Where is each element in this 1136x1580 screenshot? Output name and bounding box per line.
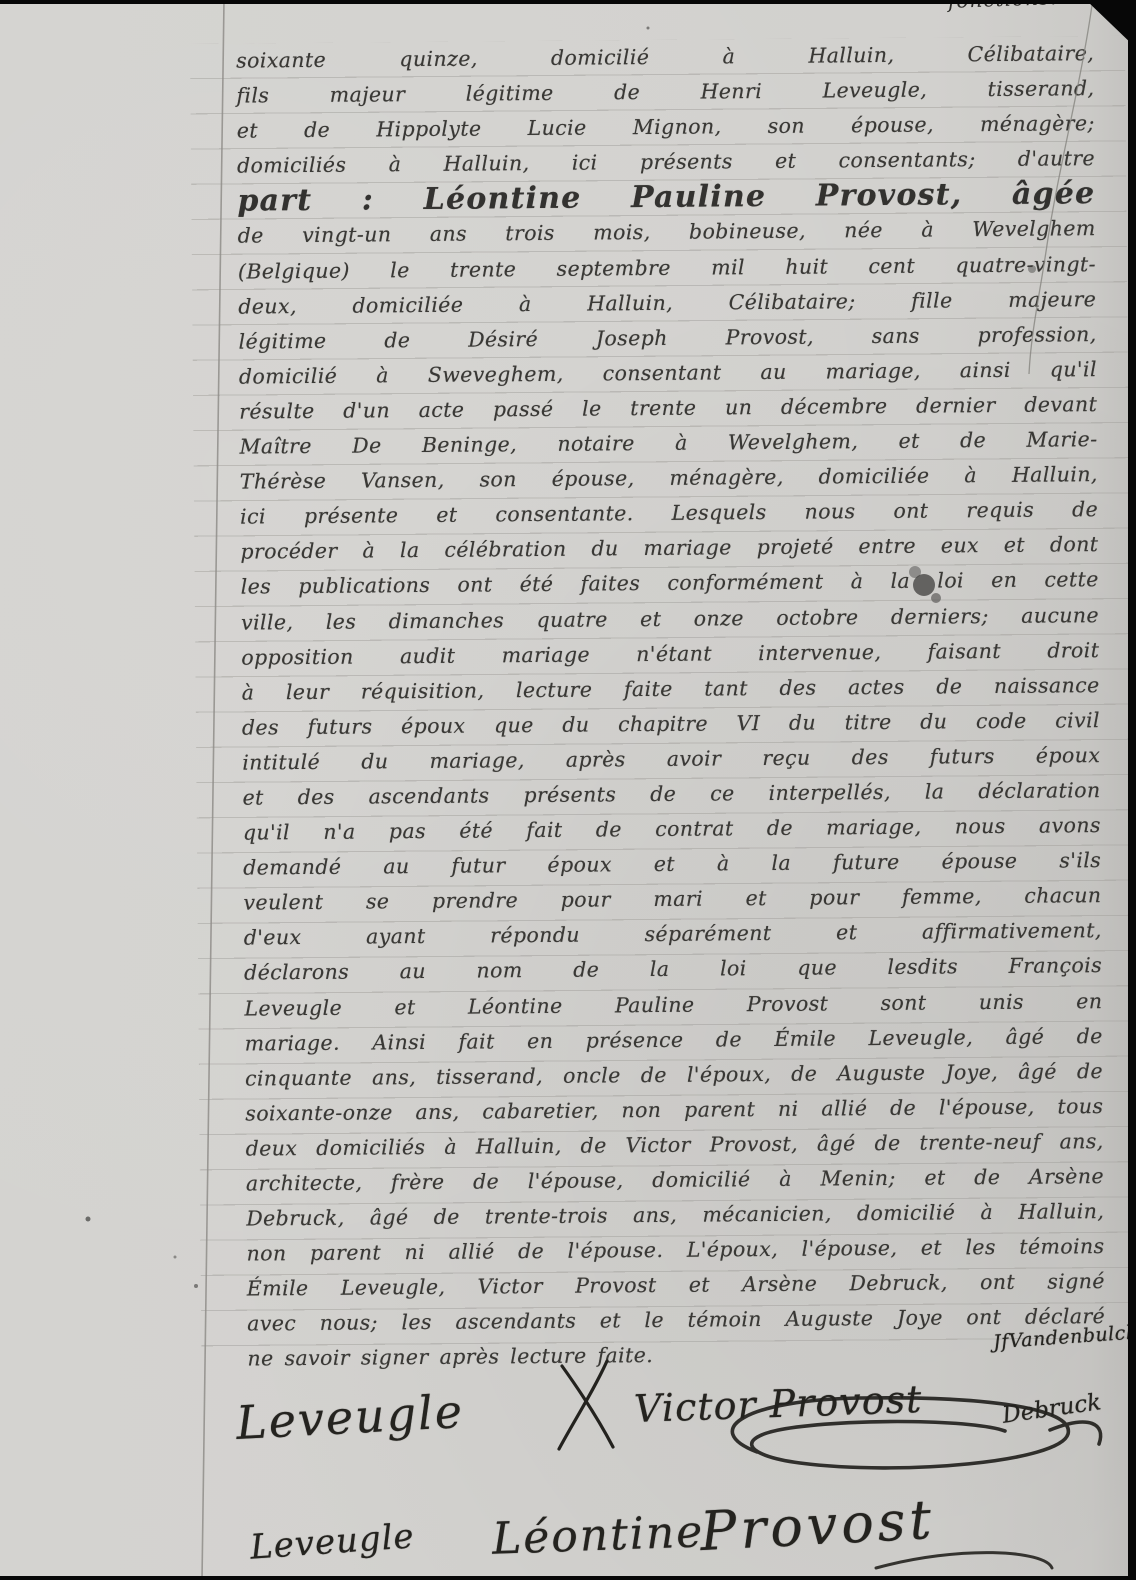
signature-bride-provost: Provost (699, 1488, 937, 1563)
signature-leontine: Léontine (491, 1506, 705, 1564)
signature-debruck: Debruck (1001, 1389, 1103, 1429)
manuscript-text: soixante quinze, domicilié à Halluin, Cé… (236, 36, 1106, 1377)
signature-groom-leveugle: Leveugle (235, 1384, 466, 1450)
writing-area: soixante quinze, domicilié à Halluin, Cé… (190, 36, 1136, 1374)
manuscript-line: ne savoir signer après lecture faite. (247, 1335, 1105, 1378)
signature-victor-provost: Victor Provost (633, 1377, 923, 1431)
scan-edge-right (1128, 40, 1136, 1580)
signature-witness-leveugle: Leveugle (249, 1516, 416, 1567)
scanned-marriage-record-page: fonctions. soixante quinze, domicilié à … (0, 0, 1136, 1580)
scan-edge-top (0, 0, 1136, 4)
scan-edge-bottom (0, 1576, 1136, 1580)
signature-swash (876, 1553, 1052, 1568)
